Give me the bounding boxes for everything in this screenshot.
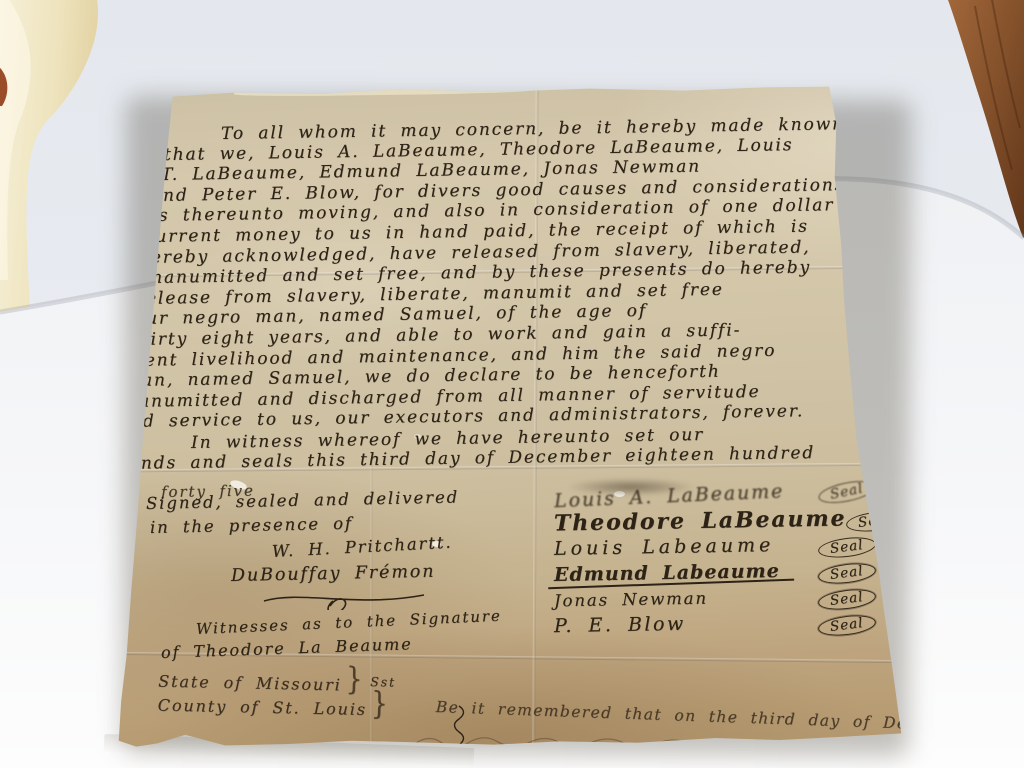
signature-row: Theodore LaBeaume Seal: [554, 508, 876, 534]
signer-name: Jonas Newman: [554, 588, 708, 610]
notary-brace: }: [371, 686, 390, 722]
signer-name: P. E. Blow: [554, 613, 686, 637]
seal-oval: Seal: [817, 534, 876, 560]
signature-row: Louis Labeaume Seal: [554, 534, 876, 560]
seal-oval: Seal: [817, 560, 876, 586]
signature-row: P. E. Blow Seal: [554, 612, 876, 638]
attestation-block: Signed, sealed and delivered in the pres…: [142, 492, 502, 665]
signature-block: Louis A. LaBeaume Seal Theodore LaBeaume…: [554, 482, 876, 638]
signer-name: Theodore LaBeaume: [554, 505, 847, 536]
witness-signature: DuBouffay Frémon: [231, 558, 502, 588]
notary-county: County of St. Louis: [158, 696, 368, 719]
document-body: To all whom it may concern, be it hereby…: [116, 124, 898, 503]
manumission-document: To all whom it may concern, be it hereby…: [114, 84, 906, 748]
signature-row: Edmund Labeaume Seal: [554, 560, 876, 586]
signer-name: Louis Labeaume: [554, 534, 775, 560]
notary-state: State of Missouri: [158, 672, 342, 695]
notary-brace: }: [345, 662, 364, 698]
signer-name: Edmund Labeaume: [554, 560, 780, 586]
seal-oval: Seal: [817, 612, 876, 638]
signature-row: Jonas Newman Seal: [554, 586, 876, 612]
seal-oval: Seal: [817, 586, 876, 612]
signature-flourish: [260, 588, 430, 610]
photo-stage: To all whom it may concern, be it hereby…: [0, 0, 1024, 768]
